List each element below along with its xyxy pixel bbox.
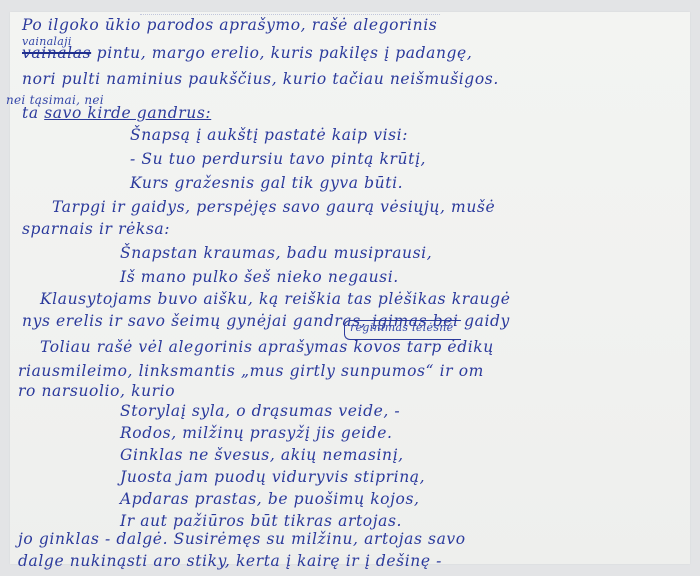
verse-line-11: Ir aut pažiūros būt tikras artojas.: [120, 514, 402, 530]
manuscript-line-3: nori pulti naminius paukščius, kurio tač…: [22, 72, 499, 88]
verse-line-7: Rodos, milžinų prasyžį jis geide.: [120, 426, 393, 442]
verse-line-10: Apdaras prastas, be puošimų kojos,: [120, 492, 420, 508]
manuscript-line-4: ta savo kirde gandrus:: [22, 106, 211, 122]
manuscript-line-24: dalge nukinąsti aro stiky, kerta į kairę…: [18, 554, 442, 570]
verse-line-3: Kurs gražesnis gal tik gyva būti.: [130, 176, 403, 192]
verse-line-2: - Su tuo perdursiu tavo pintą krūtį,: [130, 152, 426, 168]
insertion-reginimas: reginimas lėlėsnė: [350, 322, 453, 333]
verse-line-6: Storylaį syla, o drąsumas veide, -: [120, 404, 400, 420]
verse-line-1: Šnapsą į aukštį pastatė kaip visi:: [130, 128, 408, 144]
verse-line-8: Ginklas ne švesus, akių nemasinį,: [120, 448, 404, 464]
manuscript-line-9: sparnais ir rėksa:: [22, 222, 170, 238]
verse-line-4: Šnapstan kraumas, badu musiprausi,: [120, 246, 432, 262]
line-2-text: pintu, margo erelio, kuris pakilęs į pad…: [97, 44, 473, 62]
manuscript-line-12: Klausytojams buvo aišku, ką reiškia tas …: [40, 292, 510, 308]
manuscript-line-2: vainalas pintu, margo erelio, kuris paki…: [22, 46, 472, 62]
verse-line-9: Juosta jam puodų viduryvis stipriną,: [120, 470, 425, 486]
manuscript-line-14: Toliau rašė vėl alegorinis aprašymas kov…: [40, 340, 494, 356]
manuscript-line-16: ro narsuolio, kurio: [18, 384, 175, 400]
line-4-text: savo kirde gandrus:: [44, 104, 211, 122]
manuscript-line-1: Po ilgoko ūkio parodos aprašymo, rašė al…: [22, 18, 437, 34]
manuscript-line-8: Tarpgi ir gaidys, perspėjęs savo gaurą v…: [52, 200, 495, 216]
struck-word: vainalas: [22, 44, 91, 62]
verse-line-5: Iš mano pulko šeš nieko negausi.: [120, 270, 399, 286]
manuscript-line-23: jo ginklas - dalgė. Susirėmęs su milžinu…: [18, 532, 466, 548]
line-4-prefix: ta: [22, 104, 39, 122]
manuscript-line-15: riausmileimo, linksmantis „mus girtly su…: [18, 364, 484, 380]
